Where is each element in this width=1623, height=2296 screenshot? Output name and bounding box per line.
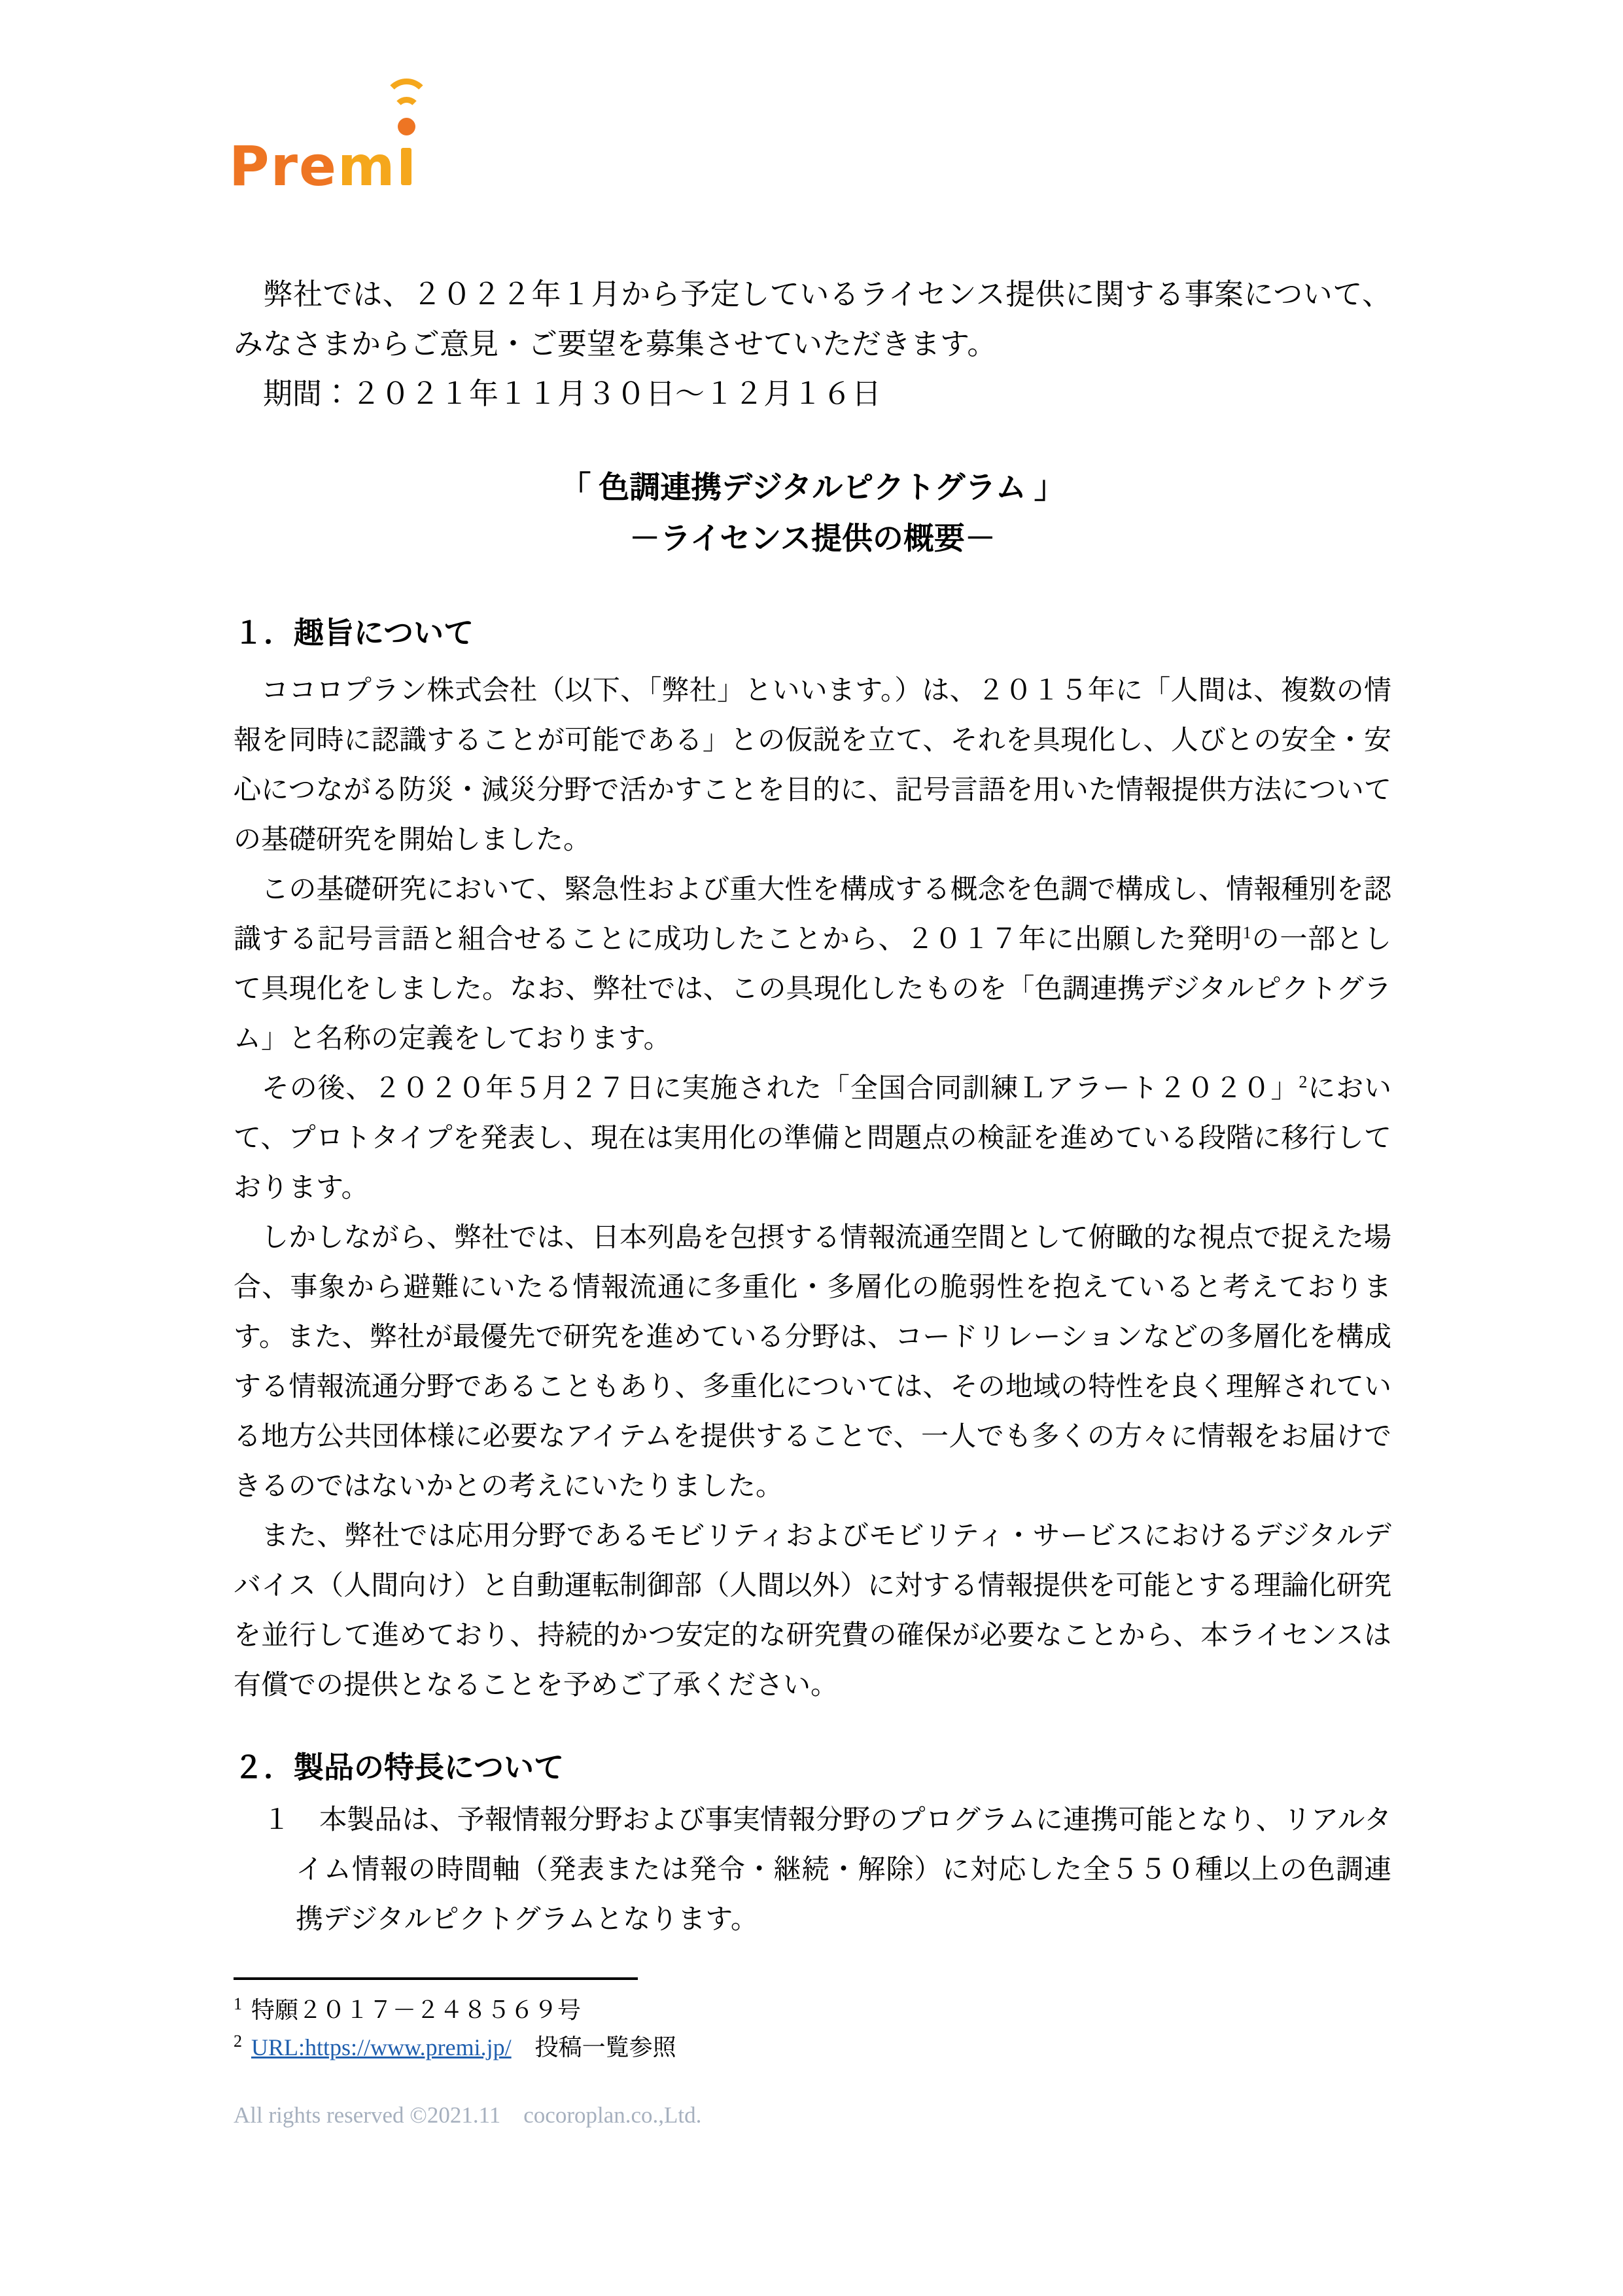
paragraph-purpose-3: その後、２０２０年５月２７日に実施された「全国合同訓練Ｌアラート２０２０」2にお… [234,1064,1391,1213]
copyright-footer: All rights reserved ©2021.11 cocoroplan.… [234,2100,1391,2130]
feature-item-text: 本製品は、予報情報分野および事実情報分野のプログラムに連携可能となり、リアルタイ… [296,1805,1391,1935]
footnotes: 1特願２０１７－２４８５６９号 2URL:https://www.premi.j… [234,1992,1391,2066]
footnote-ref-1: 1 [1243,923,1251,942]
footnote-1: 1特願２０１７－２４８５６９号 [234,1992,1391,2029]
paragraph-purpose-2: この基礎研究において、緊急性および重大性を構成する概念を色調で構成し、情報種別を… [234,865,1391,1064]
section2-heading: ２．製品の特長について [234,1748,1391,1788]
feature-item-number: １ [263,1805,290,1835]
logo-text-m: m [338,134,396,198]
paragraph-3-text: その後、２０２０年５月２７日に実施された「全国合同訓練Ｌアラート２０２０」 [234,1074,1299,1104]
premi-logo: Prem [229,122,451,198]
logo-letter-i-stem [401,148,411,185]
document-title-line1: 「 色調連携デジタルピクトグラム 」 [234,463,1391,514]
premi-logo-wordmark: Prem [229,139,412,194]
intro-announcement: 弊社では、２０２２年１月から予定しているライセンス提供に関する事案について、みな… [234,270,1391,369]
feature-list-item-1: １本製品は、予報情報分野および事実情報分野のプログラムに連携可能となり、リアルタ… [234,1795,1391,1945]
footnote-1-text: 特願２０１７－２４８５６９号 [251,1997,581,2023]
footnote-2-suffix: 投稿一覧参照 [512,2034,676,2060]
footnote-2: 2URL:https://www.premi.jp/ 投稿一覧参照 [234,2029,1391,2066]
paragraph-purpose-4: しかしながら、弊社では、日本列島を包摂する情報流通空間として俯瞰的な視点で捉えた… [234,1213,1391,1511]
wifi-signal-arc-icon [383,79,430,125]
section1-heading: １．趣旨について [234,614,1391,653]
intro-notice: 弊社では、２０２２年１月から予定しているライセンス提供に関する事案について、みな… [234,270,1391,419]
logo-letter-i [401,148,412,185]
paragraph-2-text: この基礎研究において、緊急性および重大性を構成する概念を色調で構成し、情報種別を… [234,875,1391,955]
premi-url-link[interactable]: URL:https://www.premi.jp/ [251,2034,512,2060]
intro-period-line: 期間：２０２１年１１月３０日～１２月１６日 [234,369,1391,419]
footnote-ref-2: 2 [1299,1072,1307,1091]
footnote-1-marker: 1 [234,1994,242,2013]
document-title: 「 色調連携デジタルピクトグラム 」 －ライセンス提供の概要－ [234,463,1391,565]
footnote-2-marker: 2 [234,2032,242,2051]
logo-text-pre: Pre [229,134,338,198]
paragraph-purpose-1: ココロプラン株式会社（以下、「弊社」といいます。）は、２０１５年に「人間は、複数… [234,666,1391,865]
document-title-line2: －ライセンス提供の概要－ [234,514,1391,565]
footnote-separator [234,1977,638,1980]
paragraph-purpose-5: また、弊社では応用分野であるモビリティおよびモビリティ・サービスにおけるデジタル… [234,1511,1391,1710]
document-page: Prem 弊社では、２０２２年１月から予定しているライセンス提供に関する事案につ… [0,0,1623,2296]
section1-body: ココロプラン株式会社（以下、「弊社」といいます。）は、２０１５年に「人間は、複数… [234,666,1391,1710]
